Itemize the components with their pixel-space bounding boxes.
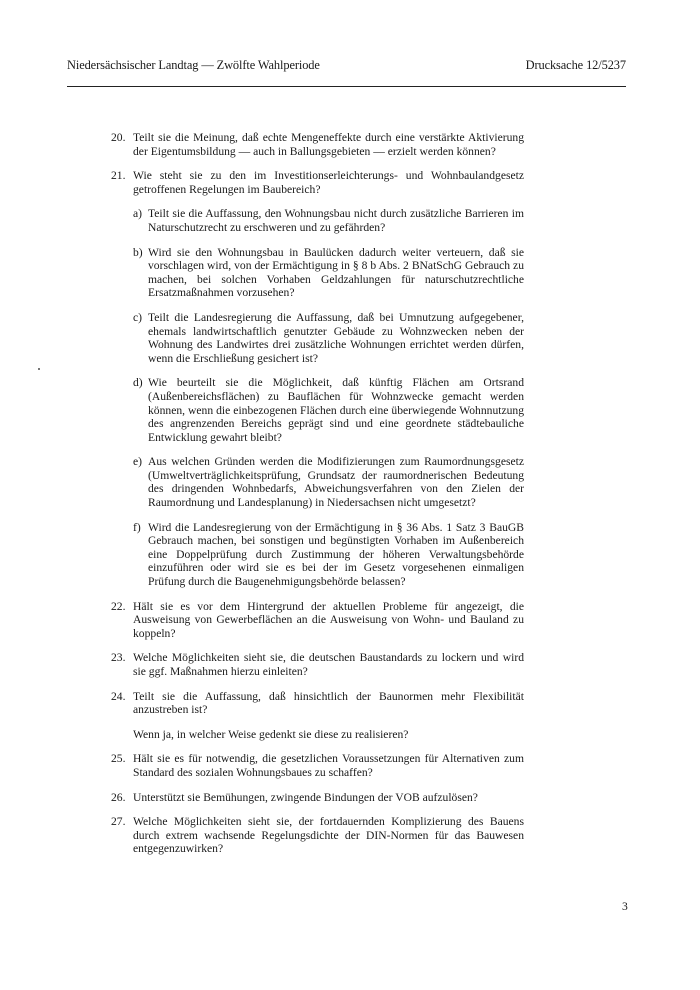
- question-25: 25. Hält sie es für notwendig, die geset…: [111, 752, 524, 779]
- question-list: 20. Teilt sie die Meinung, daß echte Men…: [111, 131, 524, 867]
- question-number: 27.: [111, 815, 126, 829]
- question-text: Welche Möglichkeiten sieht sie, der fort…: [133, 815, 524, 856]
- question-number: 25.: [111, 752, 126, 766]
- question-24: 24. Teilt sie die Auffassung, daß hinsic…: [111, 690, 524, 742]
- sub-question-b: b) Wird sie den Wohnungsbau in Baulücken…: [133, 246, 524, 300]
- sub-question-text: Aus welchen Gründen werden die Modifizie…: [148, 455, 524, 509]
- question-number: 22.: [111, 600, 126, 614]
- sub-question-text: Teilt die Landesregierung die Auffassung…: [148, 311, 524, 365]
- question-21: 21. Wie steht sie zu den im Investitions…: [111, 169, 524, 588]
- sub-question-text: Wird sie den Wohnungsbau in Baulücken da…: [148, 246, 524, 300]
- question-text: Welche Möglichkeiten sieht sie, die deut…: [133, 651, 524, 678]
- question-number: 26.: [111, 791, 126, 805]
- scan-artifact: [38, 368, 40, 370]
- document-number: Drucksache 12/5237: [526, 58, 626, 73]
- header-divider: [67, 86, 626, 87]
- sub-question-d: d) Wie beurteilt sie die Möglichkeit, da…: [133, 376, 524, 444]
- sub-question-a: a) Teilt sie die Auffassung, den Wohnung…: [133, 207, 524, 234]
- question-22: 22. Hält sie es vor dem Hintergrund der …: [111, 600, 524, 641]
- question-number: 24.: [111, 690, 126, 704]
- sub-question-text: Teilt sie die Auffassung, den Wohnungsba…: [148, 207, 524, 234]
- sub-question-label: c): [133, 311, 142, 325]
- sub-question-label: d): [133, 376, 143, 390]
- question-text: Hält sie es vor dem Hintergrund der aktu…: [133, 600, 524, 641]
- sub-question-f: f) Wird die Landesregierung von der Ermä…: [133, 521, 524, 589]
- question-number: 23.: [111, 651, 126, 665]
- question-27: 27. Welche Möglichkeiten sieht sie, der …: [111, 815, 524, 856]
- question-number: 20.: [111, 131, 126, 145]
- question-text: Teilt sie die Auffassung, daß hinsichtli…: [133, 690, 524, 717]
- question-text: Unterstützt sie Bemühungen, zwingende Bi…: [133, 791, 524, 805]
- sub-question-label: e): [133, 455, 142, 469]
- parliament-title: Niedersächsischer Landtag — Zwölfte Wahl…: [67, 58, 320, 73]
- question-20: 20. Teilt sie die Meinung, daß echte Men…: [111, 131, 524, 158]
- page-header: Niedersächsischer Landtag — Zwölfte Wahl…: [67, 58, 626, 78]
- sub-question-label: f): [133, 521, 141, 535]
- question-number: 21.: [111, 169, 126, 183]
- question-26: 26. Unterstützt sie Bemühungen, zwingend…: [111, 791, 524, 805]
- sub-question-label: b): [133, 246, 143, 260]
- page-number: 3: [622, 900, 628, 913]
- sub-question-list: a) Teilt sie die Auffassung, den Wohnung…: [133, 207, 524, 588]
- sub-question-c: c) Teilt die Landesregierung die Auffass…: [133, 311, 524, 365]
- sub-question-text: Wie beurteilt sie die Möglichkeit, daß k…: [148, 376, 524, 444]
- question-text: Teilt sie die Meinung, daß echte Mengene…: [133, 131, 524, 158]
- question-text: Wie steht sie zu den im Investitionserle…: [133, 169, 524, 196]
- question-followup: Wenn ja, in welcher Weise gedenkt sie di…: [133, 728, 524, 742]
- sub-question-e: e) Aus welchen Gründen werden die Modifi…: [133, 455, 524, 509]
- question-23: 23. Welche Möglichkeiten sieht sie, die …: [111, 651, 524, 678]
- sub-question-label: a): [133, 207, 142, 221]
- question-text: Hält sie es für notwendig, die gesetzlic…: [133, 752, 524, 779]
- sub-question-text: Wird die Landesregierung von der Ermächt…: [148, 521, 524, 589]
